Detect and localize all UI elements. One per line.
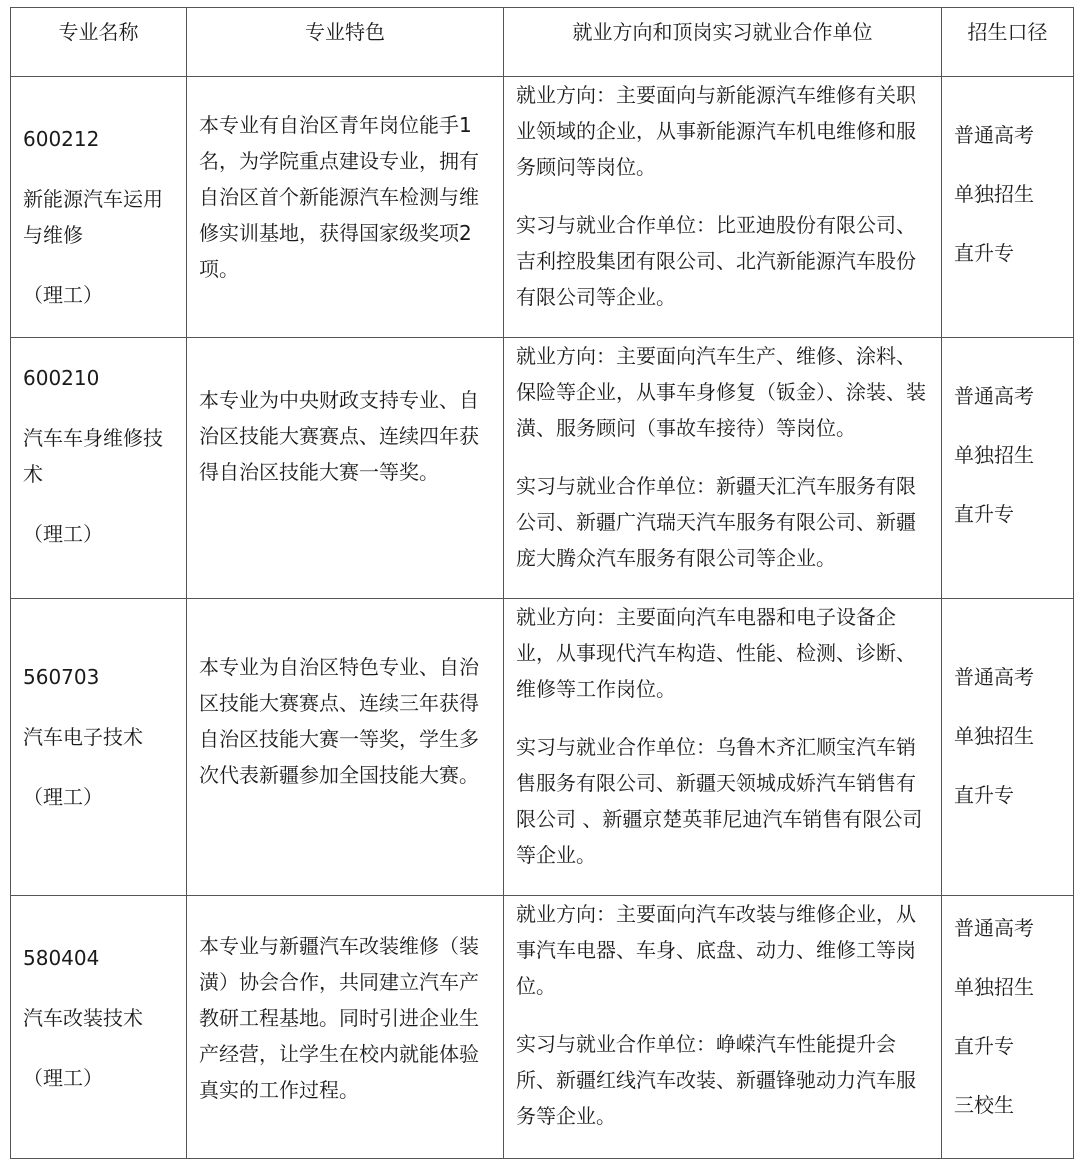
major-name-cell: 600210 汽车车身维修技 术 （理工） bbox=[11, 338, 187, 599]
major-name-cell: 560703 汽车电子技术 （理工） bbox=[11, 599, 187, 896]
feature-text: 本专业为中央财政支持专业、自治区技能大赛赛点、连续四年获得自治区技能大赛一等奖。 bbox=[199, 382, 493, 490]
employment-cell: 就业方向：主要面向汽车电器和电子设备企业，从事现代汽车构造、性能、检测、诊断、维… bbox=[504, 599, 942, 896]
major-category: （理工） bbox=[23, 779, 186, 815]
partner-companies: 实习与就业合作单位：峥嵘汽车性能提升会所、新疆红线汽车改装、新疆锋驰动力汽车服务… bbox=[516, 1026, 933, 1134]
admissions-cell: 普通高考 单独招生 直升专 bbox=[942, 338, 1074, 599]
major-feature: 本专业与新疆汽车改装维修（装潢）协会合作，共同建立汽车产教研工程基地。同时引进企… bbox=[187, 896, 504, 1159]
partner-companies: 实习与就业合作单位：新疆天汇汽车服务有限公司、新疆广汽瑞天汽车服务有限公司、新疆… bbox=[516, 468, 933, 576]
major-table: 专业名称 专业特色 就业方向和顶岗实习就业合作单位 招生口径 600212 新能… bbox=[10, 7, 1074, 1159]
admission-channel: 单独招生 bbox=[954, 969, 1073, 1005]
admissions-cell: 普通高考 单独招生 直升专 bbox=[942, 77, 1074, 338]
header-row: 专业名称 专业特色 就业方向和顶岗实习就业合作单位 招生口径 bbox=[11, 8, 1074, 77]
major-name: 汽车车身维修技 bbox=[23, 420, 186, 456]
major-name-cell: 580404 汽车改装技术 （理工） bbox=[11, 896, 187, 1159]
major-code: 580404 bbox=[23, 940, 186, 976]
table-row: 600210 汽车车身维修技 术 （理工） 本专业为中央财政支持专业、自治区技能… bbox=[11, 338, 1074, 599]
feature-text: 本专业有自治区青年岗位能手1名，为学院重点建设专业，拥有自治区首个新能源汽车检测… bbox=[199, 107, 493, 287]
employment-cell: 就业方向：主要面向与新能源汽车维修有关职业领域的企业，从事新能源汽车机电维修和服… bbox=[504, 77, 942, 338]
employment-direction: 就业方向：主要面向汽车生产、维修、涂料、保险等企业，从事车身修复（钣金）、涂装、… bbox=[516, 338, 933, 446]
admission-channel: 三校生 bbox=[954, 1087, 1073, 1123]
major-name: 与维修 bbox=[23, 217, 186, 253]
admission-channel: 直升专 bbox=[954, 1028, 1073, 1064]
major-name: 汽车改装技术 bbox=[23, 1000, 186, 1036]
major-name-cell: 600212 新能源汽车运用 与维修 （理工） bbox=[11, 77, 187, 338]
partner-companies: 实习与就业合作单位：比亚迪股份有限公司、吉利控股集团有限公司、北汽新能源汽车股份… bbox=[516, 207, 933, 315]
header-admissions: 招生口径 bbox=[942, 8, 1074, 77]
major-name: 新能源汽车运用 bbox=[23, 181, 186, 217]
major-code: 600210 bbox=[23, 360, 186, 396]
major-category: （理工） bbox=[23, 1060, 186, 1096]
admission-channel: 普通高考 bbox=[954, 910, 1073, 946]
partner-companies: 实习与就业合作单位：乌鲁木齐汇顺宝汽车销售服务有限公司、新疆天领城成娇汽车销售有… bbox=[516, 729, 933, 873]
feature-text: 本专业与新疆汽车改装维修（装潢）协会合作，共同建立汽车产教研工程基地。同时引进企… bbox=[199, 928, 493, 1108]
table-row: 580404 汽车改装技术 （理工） 本专业与新疆汽车改装维修（装潢）协会合作，… bbox=[11, 896, 1074, 1159]
admission-channel: 普通高考 bbox=[954, 378, 1073, 414]
employment-direction: 就业方向：主要面向汽车电器和电子设备企业，从事现代汽车构造、性能、检测、诊断、维… bbox=[516, 599, 933, 707]
employment-direction: 就业方向：主要面向汽车改装与维修企业，从事汽车电器、车身、底盘、动力、维修工等岗… bbox=[516, 896, 933, 1004]
admission-channel: 直升专 bbox=[954, 777, 1073, 813]
admission-channel: 单独招生 bbox=[954, 718, 1073, 754]
major-feature: 本专业为自治区特色专业、自治区技能大赛赛点、连续三年获得自治区技能大赛一等奖，学… bbox=[187, 599, 504, 896]
admission-channel: 直升专 bbox=[954, 235, 1073, 271]
major-code: 600212 bbox=[23, 121, 186, 157]
major-name: 汽车电子技术 bbox=[23, 719, 186, 755]
table-row: 600212 新能源汽车运用 与维修 （理工） 本专业有自治区青年岗位能手1名，… bbox=[11, 77, 1074, 338]
major-name: 术 bbox=[23, 456, 186, 492]
header-employment: 就业方向和顶岗实习就业合作单位 bbox=[504, 8, 942, 77]
admission-channel: 单独招生 bbox=[954, 437, 1073, 473]
admission-channel: 普通高考 bbox=[954, 659, 1073, 695]
major-feature: 本专业为中央财政支持专业、自治区技能大赛赛点、连续四年获得自治区技能大赛一等奖。 bbox=[187, 338, 504, 599]
major-code: 560703 bbox=[23, 659, 186, 695]
admission-channel: 直升专 bbox=[954, 496, 1073, 532]
admissions-cell: 普通高考 单独招生 直升专 三校生 bbox=[942, 896, 1074, 1159]
admission-channel: 单独招生 bbox=[954, 176, 1073, 212]
admission-channel: 普通高考 bbox=[954, 117, 1073, 153]
admissions-cell: 普通高考 单独招生 直升专 bbox=[942, 599, 1074, 896]
table-row: 560703 汽车电子技术 （理工） 本专业为自治区特色专业、自治区技能大赛赛点… bbox=[11, 599, 1074, 896]
header-major-name: 专业名称 bbox=[11, 8, 187, 77]
employment-cell: 就业方向：主要面向汽车改装与维修企业，从事汽车电器、车身、底盘、动力、维修工等岗… bbox=[504, 896, 942, 1159]
major-category: （理工） bbox=[23, 516, 186, 552]
major-feature: 本专业有自治区青年岗位能手1名，为学院重点建设专业，拥有自治区首个新能源汽车检测… bbox=[187, 77, 504, 338]
employment-cell: 就业方向：主要面向汽车生产、维修、涂料、保险等企业，从事车身修复（钣金）、涂装、… bbox=[504, 338, 942, 599]
feature-text: 本专业为自治区特色专业、自治区技能大赛赛点、连续三年获得自治区技能大赛一等奖，学… bbox=[199, 649, 493, 793]
header-major-feature: 专业特色 bbox=[187, 8, 504, 77]
employment-direction: 就业方向：主要面向与新能源汽车维修有关职业领域的企业，从事新能源汽车机电维修和服… bbox=[516, 77, 933, 185]
major-category: （理工） bbox=[23, 277, 186, 313]
